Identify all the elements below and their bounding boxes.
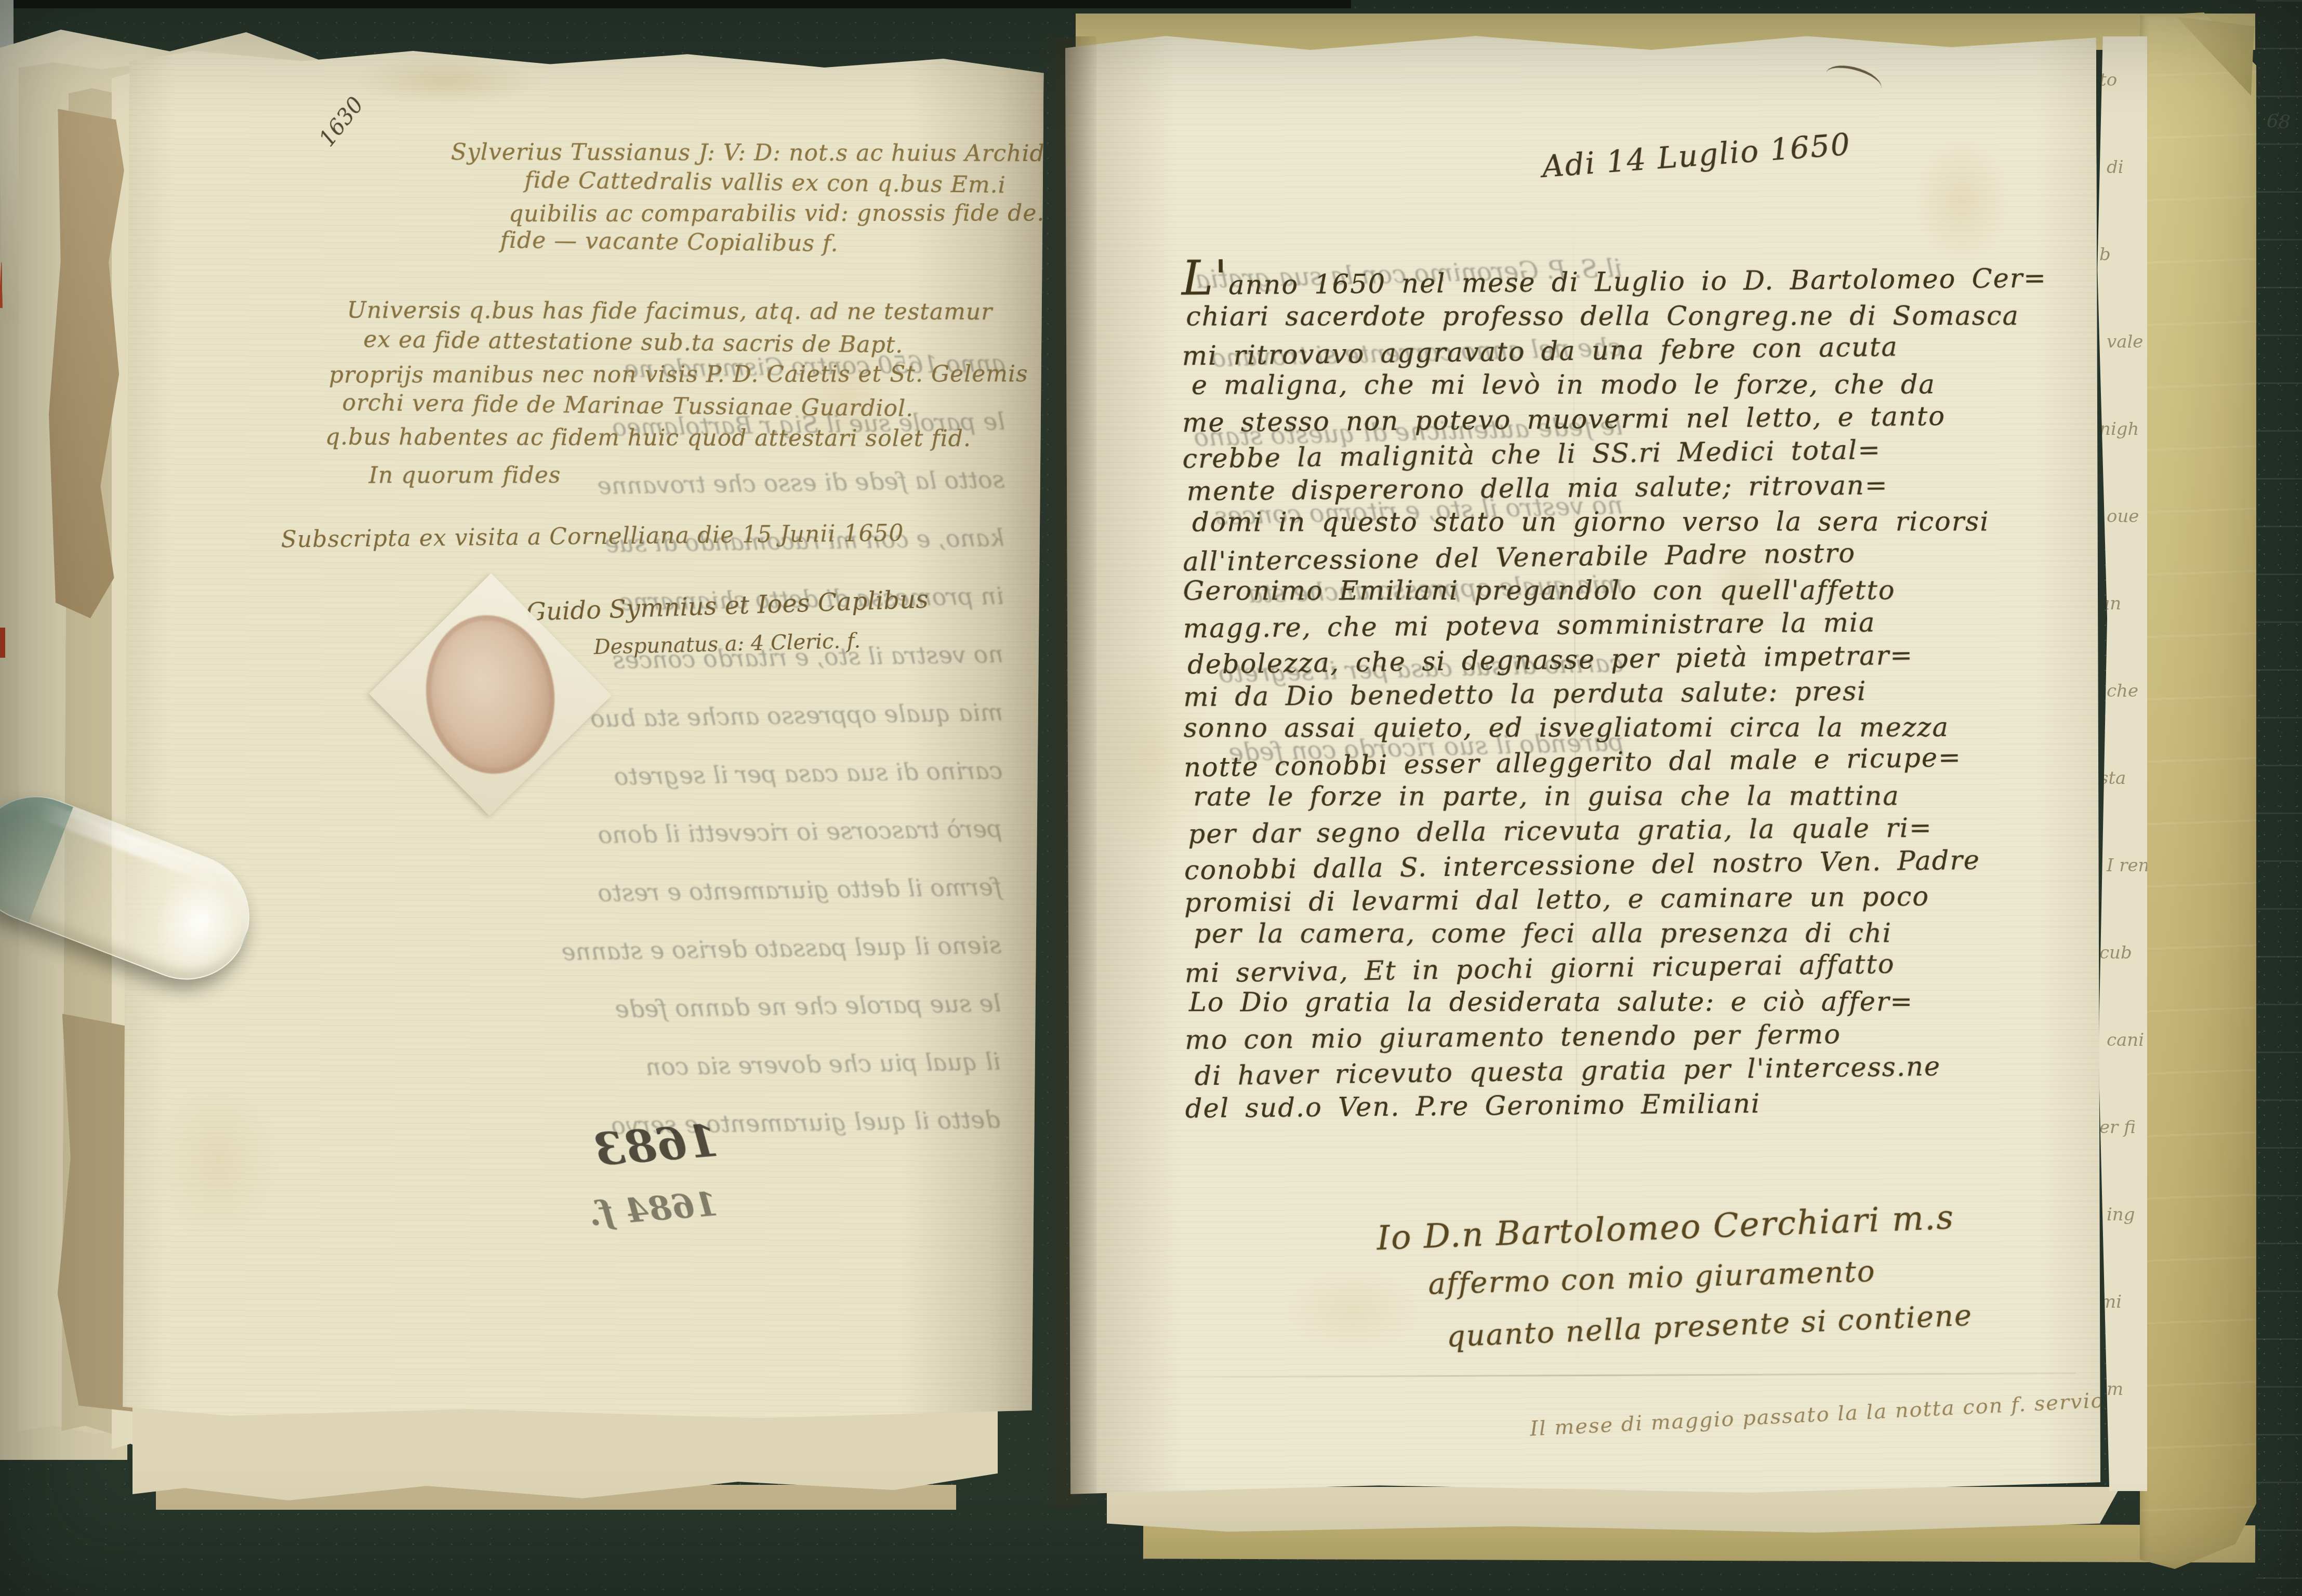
- edge-fragment-9: I ren: [2093, 822, 2147, 909]
- edge-fragment-7: che: [2093, 647, 2147, 735]
- edge-fragment-6: an: [2093, 560, 2147, 647]
- right-body-line-18: promisi di levarmi dal letto, e caminare…: [1184, 879, 2049, 921]
- right-body-line-24: del sud.o Ven. P.re Geronimo Emiliani: [1185, 1084, 2050, 1126]
- right-body-line-13: sonno assai quieto, ed isvegliatomi circ…: [1184, 711, 2049, 746]
- left-body-line-1: ex ea fide attestatione sub.ta sacris de…: [363, 324, 1028, 362]
- edge-fragment-11: cani: [2093, 996, 2147, 1084]
- pen-flourish: [1823, 61, 1885, 100]
- stain: [352, 57, 540, 105]
- edge-fragment-8: sta: [2093, 735, 2147, 822]
- vellum-cover-right: [2140, 12, 2256, 1569]
- edge-fragment-1: di: [2093, 124, 2147, 211]
- right-body-line-1: chiari sacerdote professo della Congreg.…: [1186, 299, 2047, 334]
- left-heading-line-2: quibilis ac comparabilis vid: gnossis fi…: [509, 198, 1136, 229]
- papered-wax-seal: [367, 571, 613, 817]
- bottom-underpage-right: [1107, 1487, 2120, 1533]
- left-body-line-5: In quorum fides: [368, 458, 1027, 491]
- right-body-line-15: rate le forze in parte, in guisa che la …: [1193, 779, 2049, 814]
- edge-fragment-13: ing: [2093, 1171, 2147, 1258]
- right-page: il S. P. Geronimo con la sua gratiache n…: [1062, 29, 2102, 1499]
- edge-fragment-3: vale: [2093, 298, 2147, 385]
- blot-line-0: 1683: [556, 1110, 721, 1185]
- left-body-line-3: orchi vera fide de Marinae Tussianae Gua…: [342, 387, 1028, 425]
- left-heading-line-3: fide — vacante Copialibus f.: [500, 225, 1136, 262]
- left-body-line-0: Universis q.bus has fide facimus, atq. a…: [347, 295, 1029, 328]
- date-heading: Adi 14 Luglio 1650: [1541, 126, 1852, 184]
- right-body-line-14: notte conobbi esser alleggerito dal male…: [1184, 740, 2049, 786]
- right-body-line-9: Geronimo Emiliani pregandolo con quell'a…: [1183, 574, 2048, 608]
- right-body-line-20: mi serviva, Et in pochi giorni ricuperai…: [1184, 946, 2050, 991]
- left-signature-line-1: Despunatus a: 4 Cleric. f.: [593, 620, 930, 667]
- stain: [1915, 138, 2009, 263]
- backdrop-top-strip: [0, 0, 1351, 8]
- left-body-block: Universis q.bus has fide facimus, atq. a…: [298, 292, 1028, 493]
- left-heading-line-1: fide Cattedralis vallis ex con q.bus Em.…: [524, 165, 1136, 202]
- right-body-line-8: all'intercessione del Venerabile Padre n…: [1183, 534, 2048, 580]
- right-body-line-3: e maligna, che mi levò in modo le forze,…: [1192, 368, 2047, 403]
- left-heading-block: Sylverius Tussianus J: V: D: not.s ac hu…: [450, 136, 1136, 261]
- left-body-line-2: proprijs manibus nec non visis P. D. Cai…: [329, 358, 1028, 391]
- year-mark-1630: 1630: [314, 92, 368, 151]
- edge-fragment-15: m: [2093, 1346, 2147, 1433]
- marginal-note: Il mese di maggio passato la la notta co…: [1529, 1389, 2105, 1441]
- blot-line-1: 1684 f.: [587, 1173, 720, 1245]
- bleedthrough-ink-blots: 16831684 f.: [558, 1115, 719, 1241]
- right-body-line-12: mi da Dio benedetto la perduta salute: p…: [1183, 673, 2048, 715]
- right-body-line-21: Lo Dio gratia la desiderata salute: e ci…: [1189, 985, 2050, 1020]
- edge-fragment-12: er fi: [2093, 1084, 2147, 1171]
- right-body-line-6: mente dispererono della mia salute; ritr…: [1186, 467, 2047, 509]
- folio-number: 68: [2266, 110, 2292, 133]
- left-heading-line-0: Sylverius Tussianus J: V: D: not.s ac hu…: [451, 137, 1136, 169]
- left-body-line-4: q.bus habentes ac fidem huic quod attest…: [325, 421, 1028, 455]
- backdrop-light-band: [2256, 0, 2302, 1596]
- edge-fragment-4: nigh: [2093, 385, 2147, 473]
- right-body-line-7: domi in questo stato un giorno verso la …: [1192, 505, 2048, 540]
- edge-fragment-14: mi: [2093, 1258, 2147, 1346]
- right-body-line-19: per la camera, come feci alla presenza d…: [1194, 916, 2049, 951]
- right-body-line-0: L'anno 1650 nel mese di Luglio io D. Bar…: [1182, 251, 2047, 303]
- edge-fragment-10: cub: [2093, 909, 2147, 996]
- manuscript-photo: 68 todibvalenighoueanchestaI rencubcanie…: [0, 0, 2302, 1596]
- paper-crease: [1089, 1373, 2076, 1378]
- cover-red-edge-2: [0, 628, 5, 658]
- left-page: anno 1650 contro Gismundo nele parole su…: [120, 46, 1044, 1424]
- edge-fragment-2: b: [2093, 211, 2147, 298]
- edge-fragment-5: oue: [2093, 473, 2147, 560]
- right-body-line-2: mi ritrovavo aggravato da una febre con …: [1182, 328, 2047, 374]
- right-signature-block: Io D.n Bartolomeo Cerchiari m.saffermo c…: [1376, 1193, 1974, 1362]
- fore-edge-underpage: todibvalenighoueanchestaI rencubcanier f…: [2093, 36, 2147, 1491]
- right-body-block: L'anno 1650 nel mese di Luglio io D. Bar…: [1182, 254, 2050, 1124]
